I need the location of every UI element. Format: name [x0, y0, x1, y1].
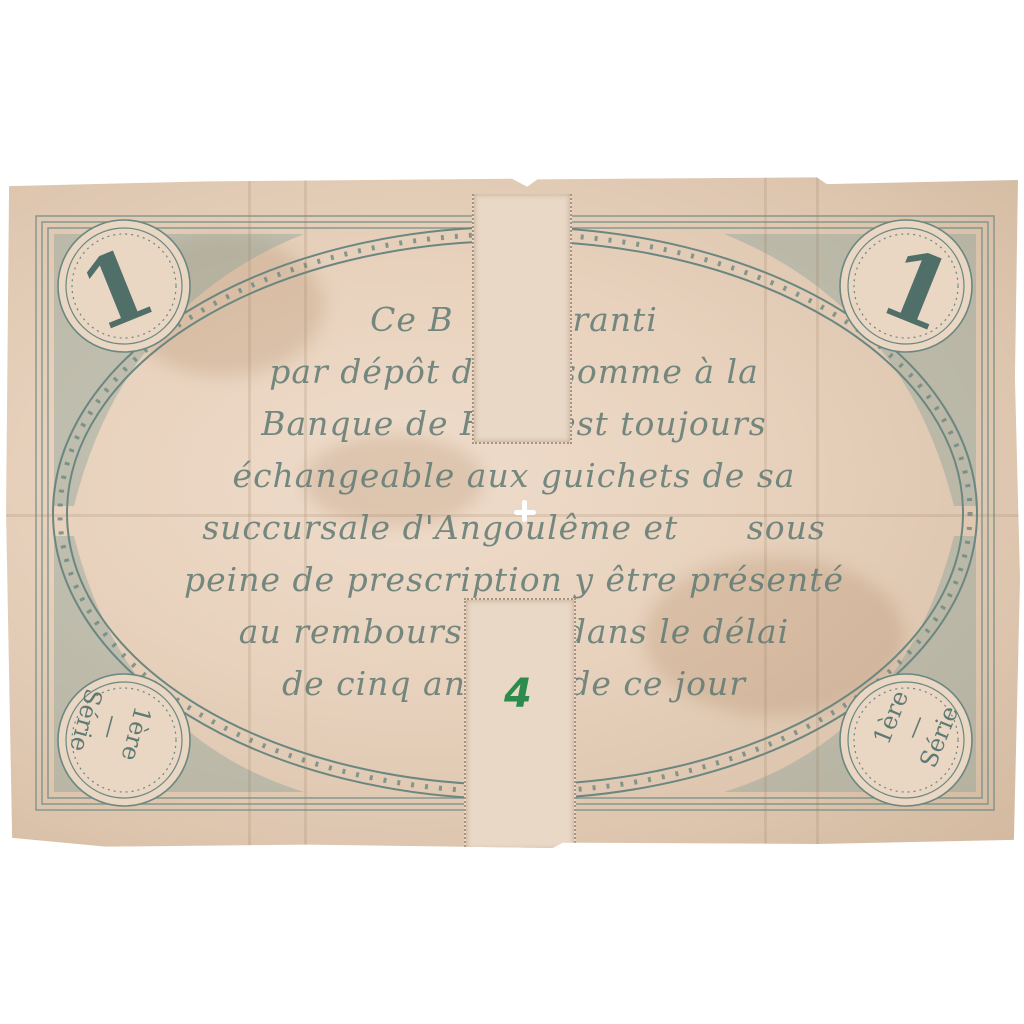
repair-tape-bottom	[464, 598, 576, 850]
serial-number: 4	[504, 671, 532, 717]
repair-tape-top	[472, 194, 572, 444]
fold-hole	[522, 500, 527, 522]
banknote: 1 1 1ère — Série 1ère — Série Ce B garan…	[4, 176, 1020, 848]
text-line: échangeable aux guichets de sa	[84, 450, 944, 502]
